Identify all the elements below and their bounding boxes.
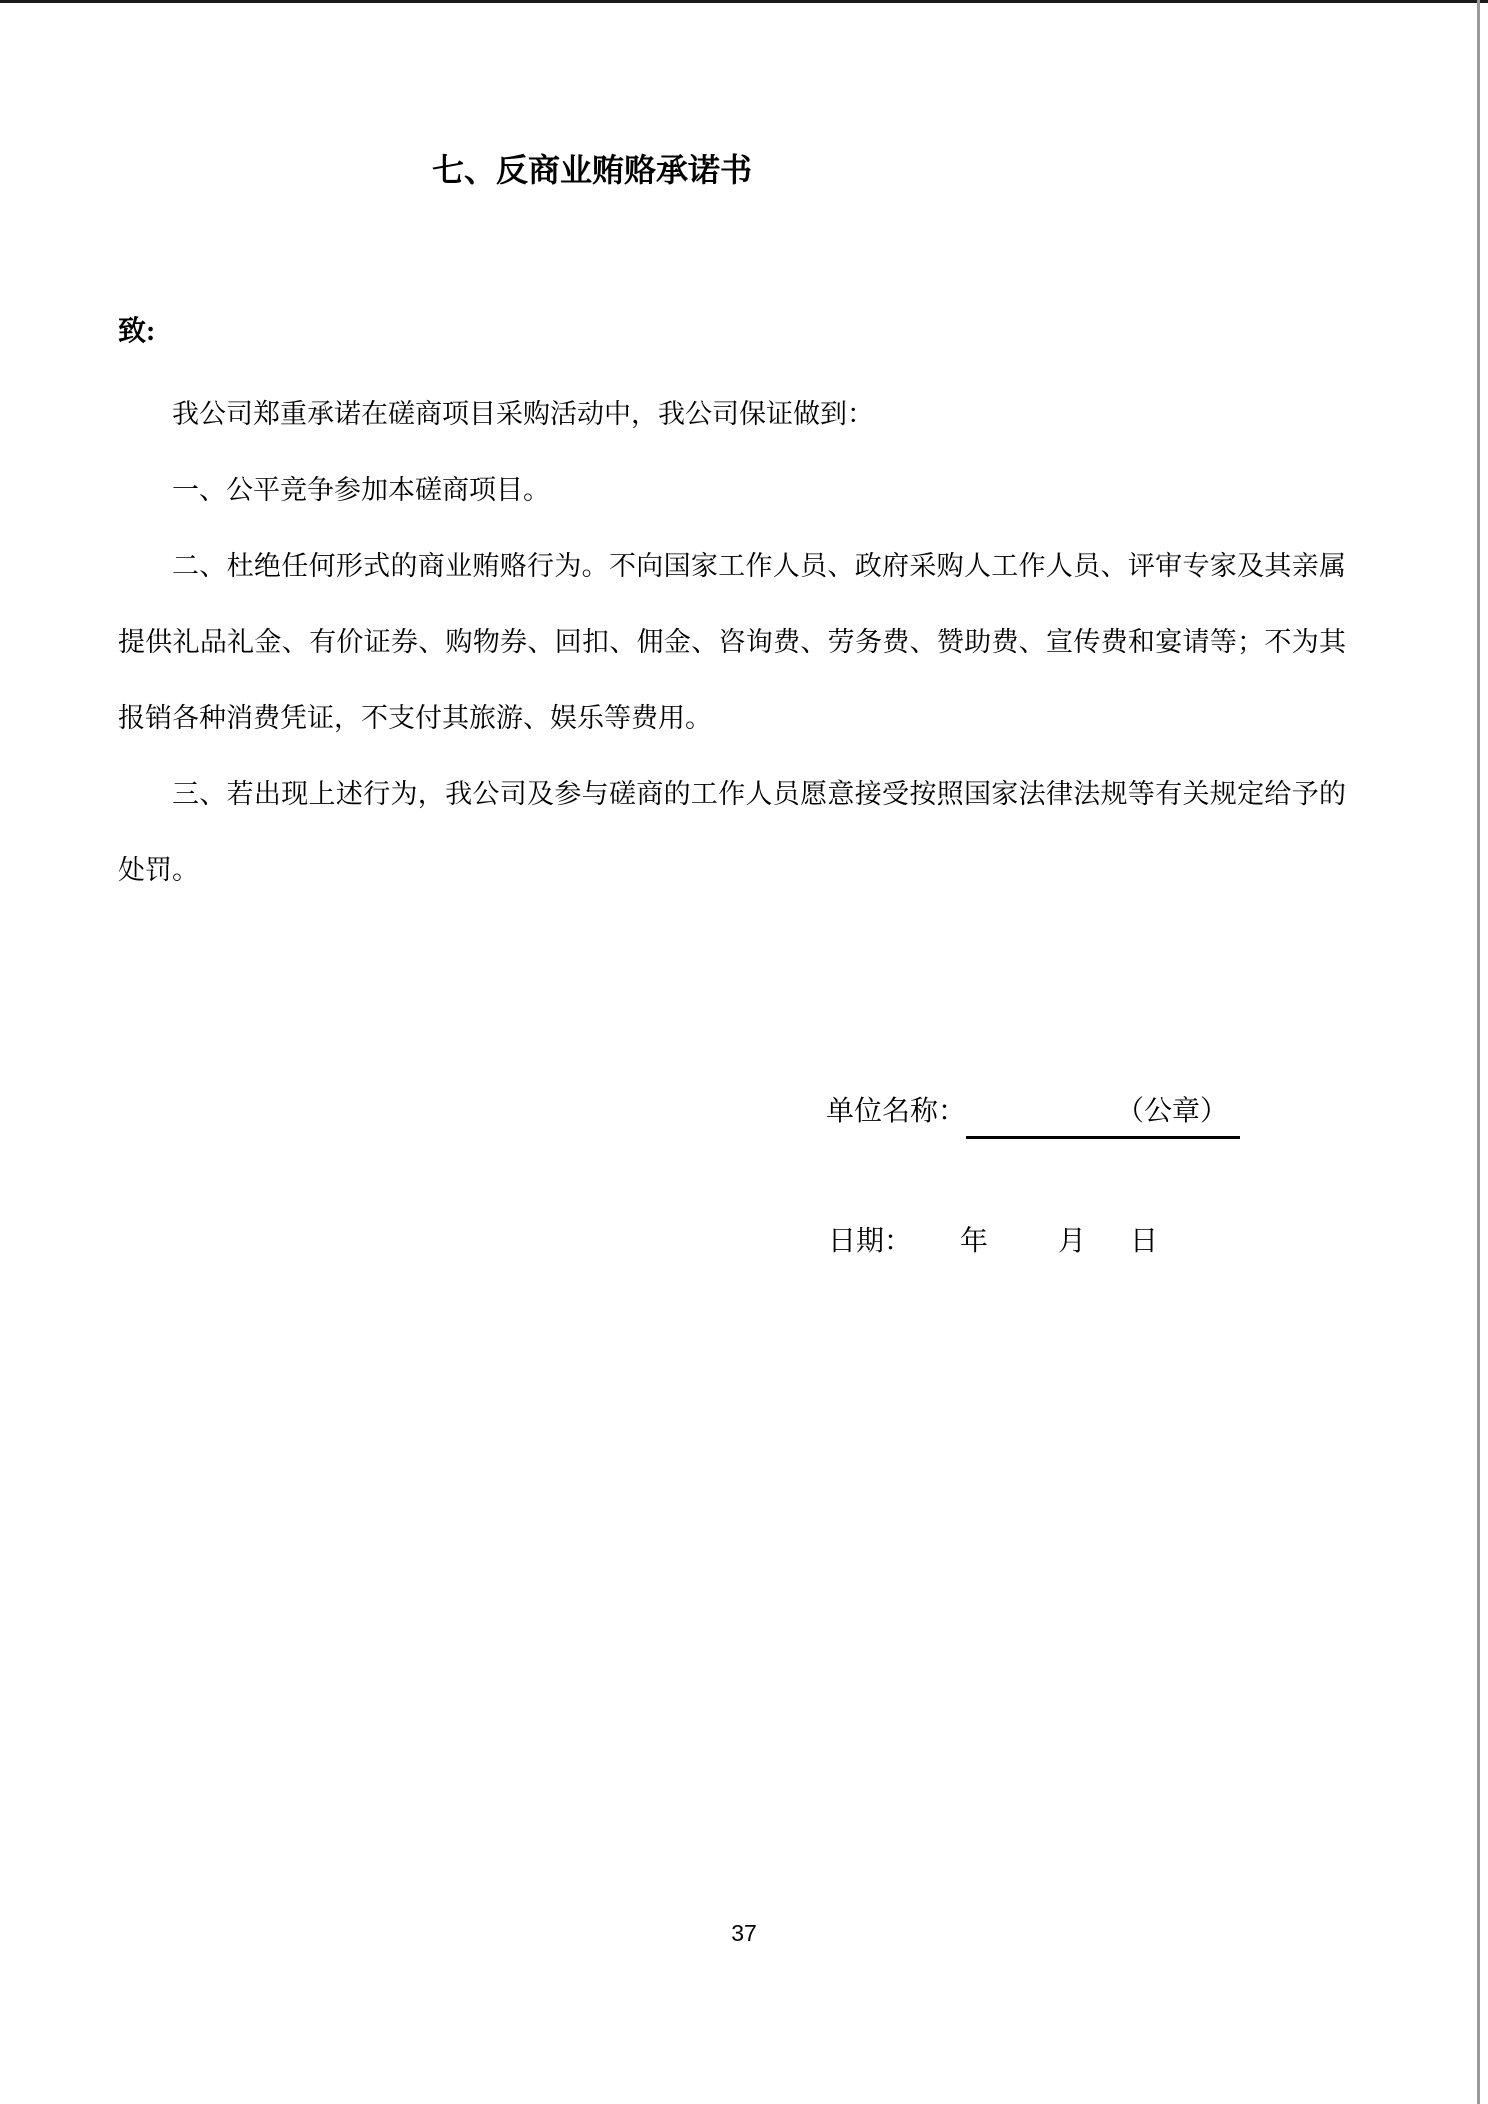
unit-name-underline: （公章）	[966, 1090, 1240, 1139]
seal-label: （公章）	[1116, 1096, 1228, 1127]
paragraph-item-3: 三、若出现上述行为，我公司及参与磋商的工作人员愿意接受按照国家法律法规等有关规定…	[118, 756, 1346, 908]
document-title: 七、反商业贿赂承诺书	[0, 148, 1184, 192]
paragraph-item-2: 二、杜绝任何形式的商业贿赂行为。不向国家工作人员、政府采购人工作人员、评审专家及…	[118, 528, 1346, 756]
page-top-edge	[0, 0, 1488, 3]
page-number: 37	[0, 1918, 1488, 1948]
document-body: 我公司郑重承诺在磋商项目采购活动中，我公司保证做到： 一、公平竞争参加本磋商项目…	[118, 376, 1346, 908]
year-label: 年	[960, 1226, 988, 1257]
paragraph-item-1: 一、公平竞争参加本磋商项目。	[118, 452, 1346, 528]
unit-name-label: 单位名称：	[826, 1096, 966, 1127]
document-page: 七、反商业贿赂承诺书 致: 我公司郑重承诺在磋商项目采购活动中，我公司保证做到：…	[0, 0, 1488, 2104]
signature-date-line: 日期：年月日	[828, 1222, 1158, 1262]
month-label: 月	[1058, 1226, 1086, 1257]
paragraph-intro: 我公司郑重承诺在磋商项目采购活动中，我公司保证做到：	[118, 376, 1346, 452]
salutation: 致:	[118, 312, 155, 352]
signature-unit-line: 单位名称：（公章）	[826, 1090, 1240, 1139]
page-right-edge	[1477, 0, 1480, 2104]
date-label: 日期：	[828, 1226, 912, 1257]
day-label: 日	[1130, 1226, 1158, 1257]
